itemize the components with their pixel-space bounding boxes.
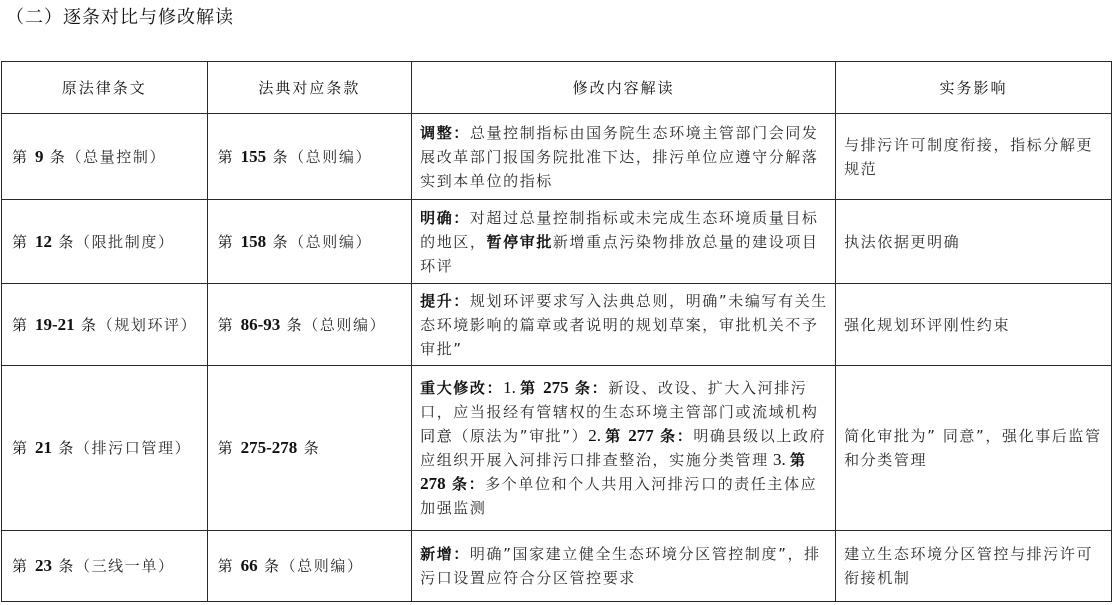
change-type-label: 明确： — [420, 209, 470, 227]
table-header-row: 原法律条文 法典对应条款 修改内容解读 实务影响 — [2, 62, 1112, 114]
table-row: 第 12 条（限批制度） 第 158 条（总则编） 明确：对超过总量控制指标或未… — [2, 200, 1112, 284]
change-type-label: 提升： — [420, 292, 470, 310]
table-row: 第 9 条（总量控制） 第 155 条（总则编） 调整：总量控制指标由国务院生态… — [2, 114, 1112, 200]
header-code-article: 法典对应条款 — [207, 62, 412, 114]
impact-cell: 与排污许可制度衔接，指标分解更规范 — [836, 114, 1112, 200]
header-practical-impact: 实务影响 — [836, 62, 1112, 114]
interpretation-cell: 明确：对超过总量控制指标或未完成生态环境质量目标的地区，暂停审批新增重点污染物排… — [412, 200, 836, 284]
interpretation-cell: 调整：总量控制指标由国务院生态环境主管部门会同发展改革部门报国务院批准下达，排污… — [412, 114, 836, 200]
comparison-table: 原法律条文 法典对应条款 修改内容解读 实务影响 第 9 条（总量控制） 第 1… — [1, 61, 1112, 602]
interpretation-cell: 重大修改：1. 第 275 条：新设、改设、扩大入河排污口，应当报经有管辖权的生… — [412, 366, 836, 531]
table-row: 第 19-21 条（规划环评） 第 86-93 条（总则编） 提升：规划环评要求… — [2, 284, 1112, 366]
change-type-label: 新增： — [420, 545, 470, 563]
interpretation-cell: 新增：明确”国家建立健全生态环境分区管控制度”，排污口设置应符合分区管控要求 — [412, 531, 836, 602]
section-title: （二）逐条对比与修改解读 — [6, 6, 234, 30]
header-interpretation: 修改内容解读 — [412, 62, 836, 114]
code-article-cell: 第 158 条（总则编） — [207, 200, 412, 284]
emphasis-text: 同意 — [420, 427, 453, 445]
code-article-cell: 第 86-93 条（总则编） — [207, 284, 412, 366]
impact-cell: 强化规划环评刚性约束 — [836, 284, 1112, 366]
original-article-cell: 第 12 条（限批制度） — [2, 200, 208, 284]
change-type-label: 调整： — [420, 124, 470, 142]
interpretation-cell: 提升：规划环评要求写入法典总则，明确”未编写有关生态环境影响的篇章或者说明的规划… — [412, 284, 836, 366]
original-article-cell: 第 9 条（总量控制） — [2, 114, 208, 200]
table-row: 第 23 条（三线一单） 第 66 条（总则编） 新增：明确”国家建立健全生态环… — [2, 531, 1112, 602]
table-row: 第 21 条（排污口管理） 第 275-278 条 重大修改：1. 第 275 … — [2, 366, 1112, 531]
impact-cell: 执法依据更明确 — [836, 200, 1112, 284]
original-article-cell: 第 21 条（排污口管理） — [2, 366, 208, 531]
header-original-law: 原法律条文 — [2, 62, 208, 114]
original-article-cell: 第 23 条（三线一单） — [2, 531, 208, 602]
change-type-label: 重大修改： — [420, 379, 503, 397]
impact-cell: 建立生态环境分区管控与排污许可衔接机制 — [836, 531, 1112, 602]
original-article-cell: 第 19-21 条（规划环评） — [2, 284, 208, 366]
code-article-cell: 第 155 条（总则编） — [207, 114, 412, 200]
code-article-cell: 第 66 条（总则编） — [207, 531, 412, 602]
impact-cell: 简化审批为” 同意”，强化事后监管和分类管理 — [836, 366, 1112, 531]
emphasis-text: 暂停审批 — [487, 233, 553, 251]
code-article-cell: 第 275-278 条 — [207, 366, 412, 531]
